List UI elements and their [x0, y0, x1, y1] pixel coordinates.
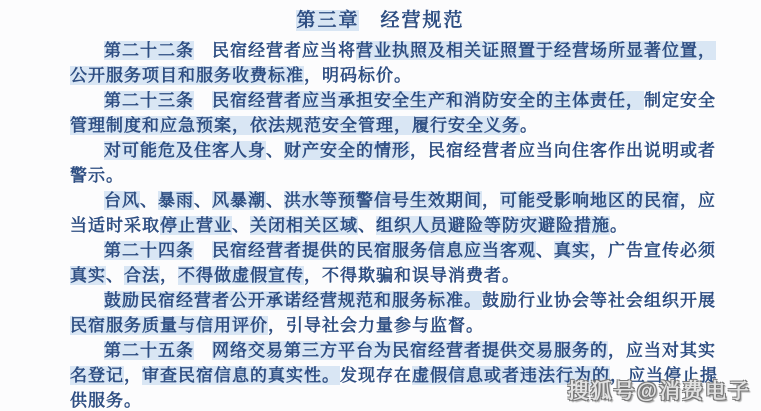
text-segment: ，应当对其实: [608, 341, 716, 360]
text-segment: 、: [194, 191, 212, 210]
text-segment: 鼓励行业协会等社会组织开展: [482, 291, 716, 310]
text-line: 第二十四条 民宿经营者提供的民宿服务信息应当客观、真实，广告宣传必须: [70, 238, 693, 263]
text-segment: 第二十五条: [104, 341, 194, 360]
text-segment: [359, 10, 380, 31]
document-page: 第三章 经营规范 第二十二条 民宿经营者应当将营业执照及相关证照置于经营场所显著…: [0, 0, 761, 411]
document-body: 第二十二条 民宿经营者应当将营业执照及相关证照置于经营场所显著位置，公开服务项目…: [70, 38, 693, 411]
text-line: 台风、暴雨、风暴潮、洪水等预警信号生效期间，可能受影响地区的民宿，应: [70, 188, 693, 213]
text-segment: [194, 241, 212, 260]
text-segment: 、: [232, 216, 250, 235]
text-line: 当适时采取停止营业、关闭相关区域、组织人员避险等防灾避险措施。: [70, 213, 693, 238]
text-segment: ，不得欺骗和误导消费者。: [304, 266, 520, 285]
text-segment: 停止营业: [160, 216, 232, 235]
text-segment: 第二十二条: [104, 41, 194, 60]
text-line: 真实、合法，不得做虚假宣传，不得欺骗和误导消费者。: [70, 263, 693, 288]
text-segment: 民宿服务质量与信用评价: [70, 316, 268, 335]
text-segment: 制定安全: [644, 91, 716, 110]
text-line: 第二十五条 网络交易第三方平台为民宿经营者提供交易服务的，应当对其实: [70, 338, 693, 363]
text-segment: 供服务。: [70, 391, 142, 410]
text-segment: 不得做虚假宣传: [178, 266, 304, 285]
text-segment: 真实: [554, 241, 590, 260]
text-segment: ，明码标价。: [304, 66, 412, 85]
text-segment: 第二十三条: [104, 91, 194, 110]
text-line: 警示。: [70, 163, 693, 188]
text-segment: 、: [140, 191, 158, 210]
text-line: 第二十二条 民宿经营者应当将营业执照及相关证照置于经营场所显著位置，: [70, 38, 693, 63]
text-segment: 警示。: [70, 166, 124, 185]
text-segment: 台风: [104, 191, 140, 210]
text-segment: ，: [160, 266, 178, 285]
text-segment: 审查民宿信息的真实性。: [142, 366, 340, 385]
text-segment: [194, 91, 212, 110]
text-segment: 名登记: [70, 366, 124, 385]
text-segment: 鼓励民宿经营者公开承诺经营规范和服务标准。: [104, 291, 482, 310]
text-segment: [194, 41, 212, 60]
text-segment: 暴雨: [158, 191, 194, 210]
watermark: 搜狐号@消费电子: [568, 375, 751, 405]
text-segment: 真实: [70, 266, 106, 285]
text-segment: 、: [106, 266, 124, 285]
text-segment: 关闭相关区域: [250, 216, 358, 235]
text-segment: ，广告宣传必须: [590, 241, 716, 260]
text-line: 第二十三条 民宿经营者应当承担安全生产和消防安全的主体责任，制定安全: [70, 88, 693, 113]
text-segment: 第二十四条: [104, 241, 194, 260]
text-segment: 。: [610, 216, 628, 235]
text-segment: 、: [266, 141, 284, 160]
text-segment: 组织人员避险等防灾避险措施: [376, 216, 610, 235]
text-line: 对可能危及住客人身、财产安全的情形，民宿经营者应当向住客作出说明或者: [70, 138, 693, 163]
text-segment: ，引导社会力量参与监督。: [268, 316, 484, 335]
text-segment: 、: [358, 216, 376, 235]
text-segment: 管理制度和应急预案，依法规范安全管理，履行安全义务: [70, 116, 520, 135]
text-line: 管理制度和应急预案，依法规范安全管理，履行安全义务。: [70, 113, 693, 138]
text-segment: 对可能危及住客人身: [104, 141, 266, 160]
text-segment: 发现存在: [340, 366, 412, 385]
text-segment: ，: [124, 366, 142, 385]
text-line: 鼓励民宿经营者公开承诺经营规范和服务标准。鼓励行业协会等社会组织开展: [70, 288, 693, 313]
text-segment: 、: [536, 241, 554, 260]
text-segment: ，民宿经营者应当向住客作出说明或者: [410, 141, 716, 160]
text-line: 公开服务项目和服务收费标准，明码标价。: [70, 63, 693, 88]
text-segment: 当适时采取: [70, 216, 160, 235]
text-segment: 第三章: [296, 10, 359, 31]
text-segment: [194, 341, 212, 360]
page-title: 第三章 经营规范: [0, 0, 761, 34]
text-segment: 民宿经营者提供的民宿服务信息应当客观: [212, 241, 536, 260]
text-segment: 营业执照及相关证照置于经营场所显著位置，: [356, 41, 716, 60]
text-segment: 风暴潮: [212, 191, 266, 210]
text-segment: 民宿经营者应当承担安全生产和消防安全的主体责任，: [212, 91, 644, 110]
text-segment: 网络交易第三方平台为民宿经营者提供交易服务的: [212, 341, 608, 360]
text-segment: 、: [266, 191, 284, 210]
text-segment: 经营规范: [381, 10, 465, 31]
text-segment: 财产安全的情形: [284, 141, 410, 160]
text-segment: 合法: [124, 266, 160, 285]
text-segment: 民宿经营者应当将: [212, 41, 356, 60]
text-segment: 洪水等预警信号生效期间: [284, 191, 482, 210]
text-segment: ，应: [680, 191, 716, 210]
text-line: 民宿服务质量与信用评价，引导社会力量参与监督。: [70, 313, 693, 338]
text-segment: ，: [482, 191, 500, 210]
text-segment: 可能受影响地区的民宿: [500, 191, 680, 210]
text-segment: 。: [520, 116, 538, 135]
text-segment: 公开服务项目和服务收费标准: [70, 66, 304, 85]
